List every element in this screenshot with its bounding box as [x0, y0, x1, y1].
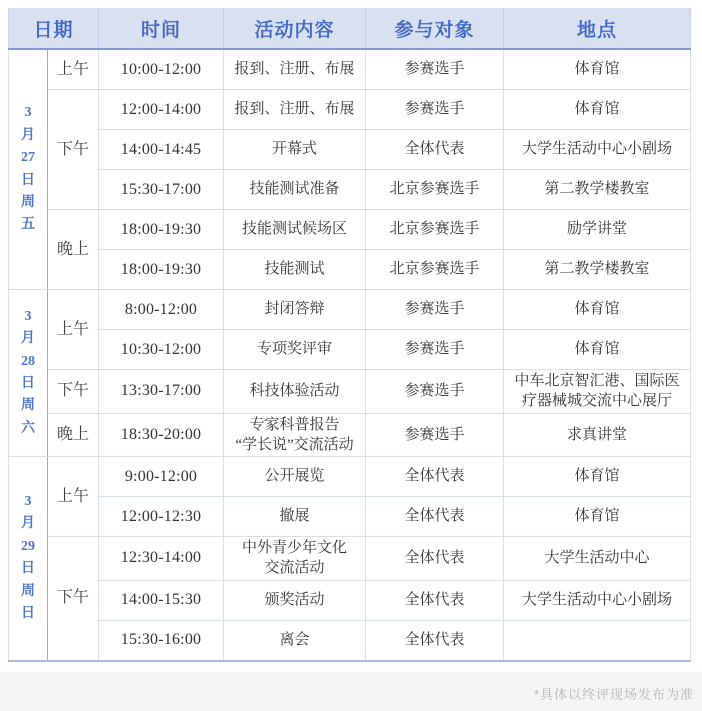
table-row: 下午12:30-14:00中外青少年文化 交流活动全体代表大学生活动中心 [9, 537, 691, 581]
date-cell: 3 月 27 日 周 五 [9, 49, 48, 290]
table-row: 下午13:30-17:00科技体验活动参赛选手中车北京智汇港、国际医疗器械城交流… [9, 370, 691, 414]
col-header-date: 日期 [9, 8, 99, 49]
venue-cell: 中车北京智汇港、国际医疗器械城交流中心展厅 [504, 370, 691, 414]
venue-cell: 体育馆 [504, 49, 691, 90]
audience-cell: 参赛选手 [366, 370, 504, 414]
time-cell: 10:00-12:00 [99, 49, 224, 90]
venue-cell: 体育馆 [504, 497, 691, 537]
table-body: 3 月 27 日 周 五上午10:00-12:00报到、注册、布展参赛选手体育馆… [9, 49, 691, 661]
audience-cell: 全体代表 [366, 130, 504, 170]
time-cell: 13:30-17:00 [99, 370, 224, 414]
period-cell: 下午 [48, 370, 99, 414]
col-header-activity: 活动内容 [224, 8, 366, 49]
activity-cell: 报到、注册、布展 [224, 90, 366, 130]
venue-cell: 体育馆 [504, 290, 691, 330]
activity-cell: 专项奖评审 [224, 330, 366, 370]
schedule-table-wrap: 日期 时间 活动内容 参与对象 地点 3 月 27 日 周 五上午10:00-1… [8, 8, 690, 662]
period-cell: 下午 [48, 537, 99, 661]
activity-cell: 撤展 [224, 497, 366, 537]
activity-cell: 中外青少年文化 交流活动 [224, 537, 366, 581]
audience-cell: 全体代表 [366, 497, 504, 537]
date-cell: 3 月 29 日 周 日 [9, 457, 48, 661]
time-cell: 12:00-14:00 [99, 90, 224, 130]
header-row: 日期 时间 活动内容 参与对象 地点 [9, 8, 691, 49]
time-cell: 10:30-12:00 [99, 330, 224, 370]
activity-cell: 技能测试候场区 [224, 210, 366, 250]
audience-cell: 全体代表 [366, 580, 504, 620]
time-cell: 18:00-19:30 [99, 250, 224, 290]
venue-cell: 大学生活动中心小剧场 [504, 130, 691, 170]
schedule-table: 日期 时间 活动内容 参与对象 地点 3 月 27 日 周 五上午10:00-1… [8, 8, 691, 662]
table-row: 3 月 27 日 周 五上午10:00-12:00报到、注册、布展参赛选手体育馆 [9, 49, 691, 90]
audience-cell: 全体代表 [366, 620, 504, 661]
period-cell: 下午 [48, 90, 99, 210]
table-row: 晚上18:00-19:30技能测试候场区北京参赛选手励学讲堂 [9, 210, 691, 250]
table-row: 14:00-14:45开幕式全体代表大学生活动中心小剧场 [9, 130, 691, 170]
period-cell: 晚上 [48, 413, 99, 457]
activity-cell: 开幕式 [224, 130, 366, 170]
period-cell: 上午 [48, 290, 99, 370]
period-cell: 上午 [48, 457, 99, 537]
activity-cell: 报到、注册、布展 [224, 49, 366, 90]
activity-cell: 颁奖活动 [224, 580, 366, 620]
table-row: 14:00-15:30颁奖活动全体代表大学生活动中心小剧场 [9, 580, 691, 620]
audience-cell: 全体代表 [366, 457, 504, 497]
period-cell: 晚上 [48, 210, 99, 290]
audience-cell: 北京参赛选手 [366, 210, 504, 250]
venue-cell: 励学讲堂 [504, 210, 691, 250]
table-row: 3 月 29 日 周 日上午9:00-12:00公开展览全体代表体育馆 [9, 457, 691, 497]
activity-cell: 离会 [224, 620, 366, 661]
table-row: 晚上18:30-20:00专家科普报告 “学长说”交流活动参赛选手求真讲堂 [9, 413, 691, 457]
audience-cell: 全体代表 [366, 537, 504, 581]
time-cell: 15:30-17:00 [99, 170, 224, 210]
venue-cell: 大学生活动中心 [504, 537, 691, 581]
audience-cell: 参赛选手 [366, 290, 504, 330]
table-row: 3 月 28 日 周 六上午8:00-12:00封闭答辩参赛选手体育馆 [9, 290, 691, 330]
table-row: 15:30-17:00技能测试准备北京参赛选手第二教学楼教室 [9, 170, 691, 210]
audience-cell: 参赛选手 [366, 413, 504, 457]
activity-cell: 科技体验活动 [224, 370, 366, 414]
activity-cell: 专家科普报告 “学长说”交流活动 [224, 413, 366, 457]
activity-cell: 封闭答辩 [224, 290, 366, 330]
table-row: 18:00-19:30技能测试北京参赛选手第二教学楼教室 [9, 250, 691, 290]
period-cell: 上午 [48, 49, 99, 90]
time-cell: 18:30-20:00 [99, 413, 224, 457]
date-cell: 3 月 28 日 周 六 [9, 290, 48, 457]
audience-cell: 北京参赛选手 [366, 250, 504, 290]
audience-cell: 参赛选手 [366, 330, 504, 370]
activity-cell: 技能测试准备 [224, 170, 366, 210]
activity-cell: 公开展览 [224, 457, 366, 497]
footnote: *具体以终评现场发布为准 [534, 687, 694, 702]
table-row: 10:30-12:00专项奖评审参赛选手体育馆 [9, 330, 691, 370]
audience-cell: 北京参赛选手 [366, 170, 504, 210]
page-footer: *具体以终评现场发布为准 [0, 672, 702, 711]
col-header-time: 时间 [99, 8, 224, 49]
time-cell: 15:30-16:00 [99, 620, 224, 661]
time-cell: 12:00-12:30 [99, 497, 224, 537]
table-row: 15:30-16:00离会全体代表 [9, 620, 691, 661]
audience-cell: 参赛选手 [366, 49, 504, 90]
table-header: 日期 时间 活动内容 参与对象 地点 [9, 8, 691, 49]
venue-cell: 大学生活动中心小剧场 [504, 580, 691, 620]
activity-cell: 技能测试 [224, 250, 366, 290]
venue-cell: 体育馆 [504, 90, 691, 130]
col-header-audience: 参与对象 [366, 8, 504, 49]
time-cell: 12:30-14:00 [99, 537, 224, 581]
venue-cell: 体育馆 [504, 457, 691, 497]
time-cell: 18:00-19:30 [99, 210, 224, 250]
venue-cell: 体育馆 [504, 330, 691, 370]
audience-cell: 参赛选手 [366, 90, 504, 130]
time-cell: 8:00-12:00 [99, 290, 224, 330]
time-cell: 14:00-15:30 [99, 580, 224, 620]
table-row: 下午12:00-14:00报到、注册、布展参赛选手体育馆 [9, 90, 691, 130]
table-row: 12:00-12:30撤展全体代表体育馆 [9, 497, 691, 537]
venue-cell: 第二教学楼教室 [504, 250, 691, 290]
col-header-venue: 地点 [504, 8, 691, 49]
venue-cell: 求真讲堂 [504, 413, 691, 457]
time-cell: 14:00-14:45 [99, 130, 224, 170]
venue-cell [504, 620, 691, 661]
venue-cell: 第二教学楼教室 [504, 170, 691, 210]
time-cell: 9:00-12:00 [99, 457, 224, 497]
